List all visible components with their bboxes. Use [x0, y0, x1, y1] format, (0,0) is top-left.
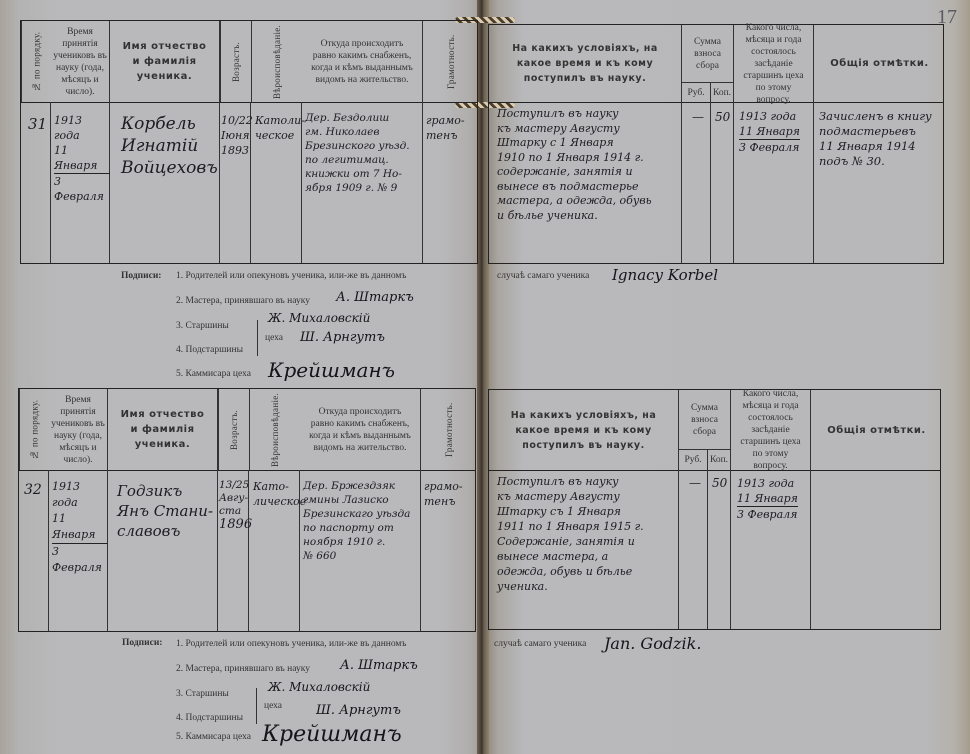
record-num: 32 — [24, 483, 42, 498]
header-time-accepted: Время принятія учениковъ въ науку (года,… — [49, 389, 108, 470]
elder-signature-label: 3. Старшины — [176, 321, 229, 331]
header-literacy: Грамотность. — [421, 389, 477, 470]
apprenticeship-conditions: Поступилъ въ науку къ мастеру Августу Шт… — [497, 474, 644, 594]
fee-kop: 50 — [712, 476, 727, 491]
religion-line: Католи- — [255, 113, 305, 128]
patronymic: Войцеховъ — [121, 157, 218, 179]
header-kop: Коп. — [708, 450, 731, 470]
parent-signature: Ignacy Korbel — [612, 266, 718, 284]
condition-line: къ мастеру Августу — [497, 122, 652, 137]
header-remarks: Общія отмѣтки. — [811, 390, 942, 470]
age-day: 13/25 — [219, 479, 252, 492]
deputy-signature: Ш. Арнгутъ — [300, 330, 385, 345]
header-age: Возрастъ. — [220, 21, 251, 102]
origin-line: Дер. Бржездзяк — [303, 479, 410, 493]
year: 1913 года — [52, 479, 108, 511]
remark-line: Зачисленъ в книгу — [819, 109, 932, 124]
condition-line: къ мастеру Августу — [497, 489, 644, 504]
header-name: Имя отчество и фамилія ученика. — [108, 389, 218, 470]
date-1: 11 Января — [739, 124, 800, 140]
religion-line: ческое — [255, 128, 305, 143]
header-religion: Вѣроисповѣданіе. — [251, 21, 302, 102]
fee-kop: 50 — [715, 110, 730, 125]
condition-line: Поступилъ въ науку — [497, 107, 652, 122]
student-literacy: грамо- тенъ — [426, 113, 465, 143]
year: 1913 года — [54, 113, 110, 143]
condition-line: мастера, а одежда, обувь — [497, 194, 652, 209]
signatures-label: Подписи: — [121, 271, 161, 281]
condition-line: вынесе въ подмастерье — [497, 180, 652, 195]
header-rub: Руб. — [682, 83, 711, 102]
header-num: № по порядку. — [21, 21, 51, 102]
apprenticeship-conditions: Поступилъ въ науку къ мастеру Августу Шт… — [497, 107, 652, 223]
remark-line: подмастерьевъ — [819, 124, 932, 139]
condition-line: содержаніе, занятія и — [497, 165, 652, 180]
elder-signature-label: 3. Старшины — [176, 689, 229, 699]
remark-line: подъ № 30. — [819, 154, 932, 169]
student-age: 10/22 Іюня 1893 — [221, 113, 253, 158]
master-signature: А. Штаркъ — [340, 658, 418, 673]
parent-signature-label: 1. Родителей или опекуновъ ученика, или-… — [176, 271, 406, 281]
brace — [256, 688, 257, 724]
commissar-signature-label: 5. Каммисара цеха — [176, 732, 251, 742]
register-table-right-2: На какихъ условіяхъ, на какое время и къ… — [488, 389, 941, 630]
origin-line: ября 1909 г. № 9 — [305, 181, 410, 195]
patronymic: славовъ — [117, 521, 213, 541]
origin-line: гм. Николаев — [305, 125, 410, 139]
brace — [257, 320, 258, 356]
literacy-line: грамо- — [424, 479, 463, 494]
date-2: 3 Февраля — [737, 507, 798, 522]
header-meeting-date: Какого числа, мѣсяца и года состоялось з… — [731, 390, 811, 470]
meeting-date: 1913 года 11 Января 3 Февраля — [739, 109, 800, 155]
student-religion: Католи- ческое — [255, 113, 305, 143]
header-literacy: Грамотность. — [423, 21, 479, 102]
record-time-accepted: 1913 года 11 Января 3 Февраля — [54, 113, 110, 204]
date-2: 3 Февраля — [54, 174, 110, 204]
student-age: 13/25 Авгу- ста 1896 — [219, 479, 252, 531]
header-fee: Сумма взноса сбора — [679, 390, 731, 450]
parent-signature: Jan. Godzik. — [604, 634, 701, 653]
year: 1913 года — [739, 109, 800, 124]
date-2: 3 Февраля — [52, 544, 108, 576]
header-age: Возрастъ. — [218, 389, 249, 470]
master-signature-label: 2. Мастера, принявшаго въ науку — [176, 664, 310, 674]
age-year: 1896 — [219, 518, 252, 531]
origin-line: ноября 1910 г. — [303, 535, 410, 549]
header-conditions: На какихъ условіяхъ, на какое время и къ… — [489, 390, 679, 470]
header-origin: Откуда происходитъ равно какимъ снабженъ… — [300, 389, 421, 470]
parent-signature-label-cont: случаѣ самаго ученика — [494, 639, 586, 649]
register-table-left-2: № по порядку. Время принятія учениковъ в… — [18, 388, 476, 632]
deputy-signature-label: 4. Подстаршины — [176, 345, 243, 355]
surname: Годзикъ — [117, 481, 213, 501]
year: 1913 года — [737, 476, 798, 491]
fee-rub: — — [692, 110, 704, 125]
header-religion: Вѣроисповѣданіе. — [249, 389, 300, 470]
condition-line: Штарку с 1 Января — [497, 136, 652, 151]
student-literacy: грамо- тенъ — [424, 479, 463, 509]
guild-label: цеха — [265, 333, 283, 343]
meeting-date: 1913 года 11 Января 3 Февраля — [737, 476, 798, 522]
master-signature-label: 2. Мастера, принявшаго въ науку — [176, 296, 310, 306]
date-2: 3 Февраля — [739, 140, 800, 155]
condition-line: Поступилъ въ науку — [497, 474, 644, 489]
parent-signature-label: 1. Родителей или опекуновъ ученика, или-… — [176, 639, 406, 649]
signatures-label: Подписи: — [122, 638, 162, 648]
first-name: Игнатій — [121, 135, 218, 157]
record-time-accepted: 1913 года 11 Января 3 Февраля — [52, 479, 108, 576]
condition-line: Содержаніе, занятія и — [497, 534, 644, 549]
origin-line: книжки от 7 Но- — [305, 167, 410, 181]
condition-line: ученика. — [497, 579, 644, 594]
header-meeting-date: Какого числа, мѣсяца и года состоялось з… — [734, 25, 814, 102]
condition-line: одежда, обувь и бѣлье — [497, 564, 644, 579]
literacy-line: тенъ — [426, 128, 465, 143]
elder-signature: Ж. Михаловскій — [268, 311, 370, 325]
register-table-right-1: На какихъ условіяхъ, на какое время и къ… — [488, 24, 944, 264]
date-1: 11 Января — [737, 491, 798, 507]
commissar-signature-label: 5. Каммисара цеха — [176, 369, 251, 379]
origin-line: Брезинского уѣзд. — [305, 139, 410, 153]
header-conditions: На какихъ условіяхъ, на какое время и къ… — [489, 25, 682, 102]
age-month: Авгу- — [219, 492, 252, 505]
condition-line: вынесе мастера, а — [497, 549, 644, 564]
first-name: Янъ Стани- — [117, 501, 213, 521]
student-origin: Дер. Бездолиш гм. Николаев Брезинского у… — [305, 111, 410, 195]
commissar-signature: Крейшманъ — [262, 722, 402, 747]
header-remarks: Общія отмѣтки. — [814, 25, 945, 102]
condition-line: и бѣлье ученика. — [497, 209, 652, 224]
deputy-signature: Ш. Арнгутъ — [316, 703, 401, 718]
origin-line: по паспорту от — [303, 521, 410, 535]
student-name: Корбель Игнатій Войцеховъ — [121, 113, 218, 179]
fee-rub: — — [689, 476, 701, 491]
header-time-accepted: Время принятія учениковъ въ науку (года,… — [51, 21, 110, 102]
surname: Корбель — [121, 113, 218, 135]
origin-line: Брезинскаго уѣзда — [303, 507, 410, 521]
remark-line: 11 Января 1914 — [819, 139, 932, 154]
date-1: 11 Января — [52, 511, 108, 544]
general-remarks: Зачисленъ в книгу подмастерьевъ 11 Январ… — [819, 109, 932, 169]
origin-line: Дер. Бездолиш — [305, 111, 410, 125]
origin-line: № 660 — [303, 549, 410, 563]
religion-line: Като- — [253, 479, 306, 494]
header-origin: Откуда происходитъ равно какимъ снабженъ… — [302, 21, 423, 102]
parent-signature-label-cont: случаѣ самаго ученика — [497, 271, 589, 281]
age-year: 1893 — [221, 143, 253, 158]
condition-line: Штарку съ 1 Января — [497, 504, 644, 519]
register-table-left-1: № по порядку. Время принятія учениковъ в… — [20, 20, 478, 264]
student-origin: Дер. Бржездзяк гмины Лазиско Брезинскаго… — [303, 479, 410, 563]
condition-line: 1911 по 1 Января 1915 г. — [497, 519, 644, 534]
religion-line: лическое — [253, 494, 306, 509]
elder-signature: Ж. Михаловскій — [268, 680, 370, 694]
student-name: Годзикъ Янъ Стани- славовъ — [117, 481, 213, 541]
header-rub: Руб. — [679, 450, 708, 470]
header-name: Имя отчество и фамилія ученика. — [110, 21, 220, 102]
age-day: 10/22 — [221, 113, 253, 128]
date-1: 11 Января — [54, 143, 110, 174]
literacy-line: тенъ — [424, 494, 463, 509]
age-month: Іюня — [221, 128, 253, 143]
guild-label: цеха — [264, 701, 282, 711]
header-num: № по порядку. — [19, 389, 49, 470]
origin-line: по легитимац. — [305, 153, 410, 167]
commissar-signature: Крейшманъ — [268, 358, 395, 382]
header-kop: Коп. — [711, 83, 734, 102]
master-signature: А. Штаркъ — [336, 290, 414, 305]
literacy-line: грамо- — [426, 113, 465, 128]
header-fee: Сумма взноса сбора — [682, 25, 734, 83]
student-religion: Като- лическое — [253, 479, 306, 509]
origin-line: гмины Лазиско — [303, 493, 410, 507]
deputy-signature-label: 4. Подстаршины — [176, 713, 243, 723]
condition-line: 1910 по 1 Января 1914 г. — [497, 151, 652, 166]
record-num: 31 — [28, 117, 47, 132]
